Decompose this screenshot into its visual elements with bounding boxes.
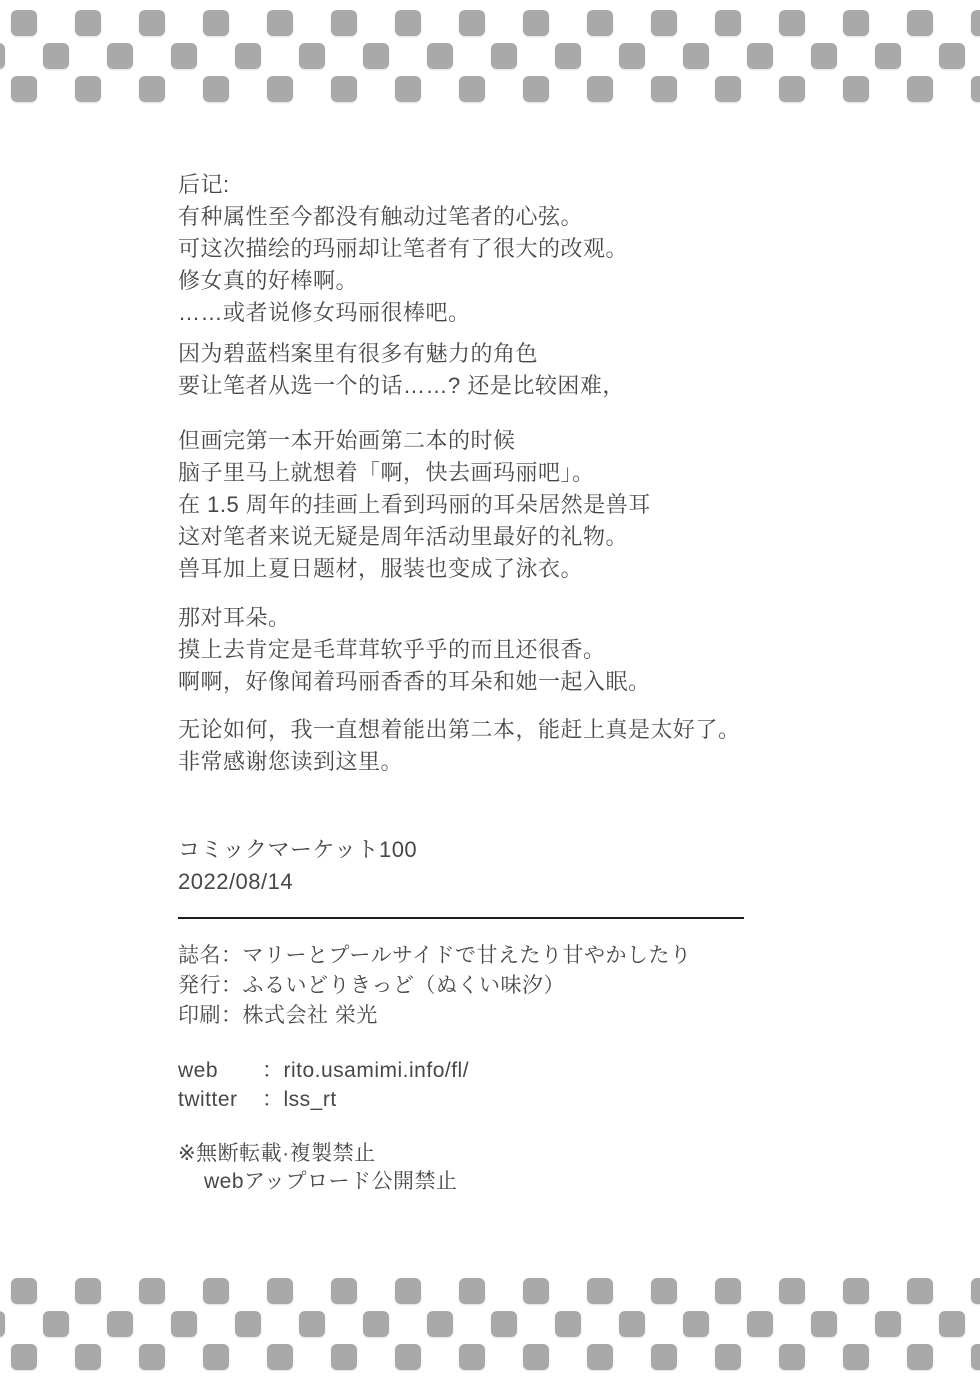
checker-square: [203, 1278, 229, 1304]
checker-square: [43, 1311, 69, 1337]
checker-square: [555, 43, 581, 69]
checker-square: [587, 1344, 613, 1370]
checker-square: [875, 1311, 901, 1337]
checker-square: [491, 43, 517, 69]
checker-square: [459, 1278, 485, 1304]
checker-square: [203, 10, 229, 36]
checker-square: [875, 43, 901, 69]
checker-square: [427, 43, 453, 69]
colophon-label: 印刷: [178, 1004, 221, 1027]
divider-rule: [178, 917, 744, 919]
checker-square: [843, 1344, 869, 1370]
checker-square: [139, 10, 165, 36]
checker-square: [651, 1344, 677, 1370]
web-url: rito.usamimi.info/fl/: [284, 1059, 470, 1082]
checker-square: [811, 43, 837, 69]
checker-square: [715, 1344, 741, 1370]
checker-square: [267, 1344, 293, 1370]
checker-row: [11, 10, 980, 36]
checker-square: [0, 1311, 5, 1337]
checker-square: [747, 43, 773, 69]
checker-square: [171, 43, 197, 69]
colophon-colon: ：: [262, 1088, 284, 1111]
checker-square: [11, 76, 37, 102]
checker-square: [395, 1344, 421, 1370]
colophon-value: マリーとプールサイドで甘えたり甘やかしたり: [243, 944, 692, 967]
checker-square: [587, 1278, 613, 1304]
checker-square: [235, 43, 261, 69]
event-date: 2022/08/14: [178, 866, 417, 898]
checker-square: [715, 10, 741, 36]
checker-square: [267, 1278, 293, 1304]
checker-square: [459, 76, 485, 102]
checker-row: [11, 76, 980, 102]
checker-square: [75, 10, 101, 36]
colophon-row-printer: 印刷：株式会社 栄光: [178, 1001, 691, 1031]
colophon-label: 発行: [178, 974, 221, 997]
checker-square: [619, 43, 645, 69]
afterword-paragraph-5: 无论如何，我一直想着能出第二本，能赶上真是太好了。 非常感谢您读到这里。: [178, 714, 968, 778]
checker-square: [491, 1311, 517, 1337]
checker-square: [363, 43, 389, 69]
checker-square: [907, 1278, 933, 1304]
checker-square: [171, 1311, 197, 1337]
notice-block: ※無断転載·複製禁止 webアップロード公開禁止: [178, 1140, 458, 1196]
checker-square: [907, 10, 933, 36]
checker-square: [235, 1311, 261, 1337]
colophon-colon: ：: [221, 974, 243, 997]
checker-row: [11, 1278, 980, 1304]
checker-square: [907, 1344, 933, 1370]
checker-pattern-top: [0, 10, 980, 105]
checker-square: [299, 43, 325, 69]
web-row: web：rito.usamimi.info/fl/: [178, 1056, 469, 1085]
colophon-colon: ：: [262, 1059, 284, 1082]
checker-square: [843, 76, 869, 102]
checker-square: [587, 10, 613, 36]
web-label: web: [178, 1056, 262, 1085]
colophon-label: 誌名: [178, 944, 221, 967]
checker-square: [715, 76, 741, 102]
checker-square: [651, 10, 677, 36]
checker-square: [267, 10, 293, 36]
checker-square: [459, 1344, 485, 1370]
event-block: コミックマーケット100 2022/08/14: [178, 834, 417, 898]
checker-square: [811, 1311, 837, 1337]
checker-square: [395, 10, 421, 36]
checker-square: [299, 1311, 325, 1337]
checker-square: [683, 43, 709, 69]
checker-square: [523, 10, 549, 36]
colophon-row-publisher: 発行：ふるいどりきっど（ぬくい味汐）: [178, 971, 691, 1001]
checker-pattern-bottom: [0, 1278, 980, 1373]
checker-square: [395, 1278, 421, 1304]
checker-square: [107, 1311, 133, 1337]
checker-square: [747, 1311, 773, 1337]
afterword-paragraph-4: 那对耳朵。 摸上去肯定是毛茸茸软乎乎的而且还很香。 啊啊，好像闻着玛丽香香的耳朵…: [178, 602, 968, 698]
checker-square: [0, 43, 5, 69]
checker-square: [939, 1311, 965, 1337]
checker-square: [779, 1344, 805, 1370]
checker-square: [331, 10, 357, 36]
checker-square: [395, 76, 421, 102]
colophon-row-title: 誌名：マリーとプールサイドで甘えたり甘やかしたり: [178, 941, 691, 971]
checker-square: [971, 1344, 980, 1370]
checker-square: [555, 1311, 581, 1337]
event-name: コミックマーケット100: [178, 834, 417, 866]
checker-square: [331, 1344, 357, 1370]
afterword-paragraph-1: 后记: 有种属性至今都没有触动过笔者的心弦。 可这次描绘的玛丽却让笔者有了很大的…: [178, 169, 968, 329]
checker-row: [0, 43, 980, 69]
checker-square: [11, 1344, 37, 1370]
checker-square: [907, 76, 933, 102]
checker-square: [971, 1278, 980, 1304]
contact-block: web：rito.usamimi.info/fl/ twitter：lss_rt: [178, 1056, 469, 1114]
colophon-value: ふるいどりきっど（ぬくい味汐）: [243, 974, 566, 997]
checker-square: [971, 10, 980, 36]
checker-square: [75, 76, 101, 102]
colophon-value: 株式会社 栄光: [243, 1004, 378, 1027]
checker-square: [715, 1278, 741, 1304]
checker-square: [459, 10, 485, 36]
checker-square: [75, 1344, 101, 1370]
colophon: 誌名：マリーとプールサイドで甘えたり甘やかしたり 発行：ふるいどりきっど（ぬくい…: [178, 941, 691, 1031]
checker-square: [331, 1278, 357, 1304]
notice-line-2: webアップロード公開禁止: [178, 1168, 458, 1196]
checker-square: [331, 76, 357, 102]
checker-square: [779, 10, 805, 36]
checker-row: [11, 1344, 980, 1370]
twitter-handle: lss_rt: [284, 1088, 337, 1111]
twitter-row: twitter：lss_rt: [178, 1085, 469, 1114]
checker-square: [139, 1344, 165, 1370]
colophon-colon: ：: [221, 1004, 243, 1027]
checker-square: [75, 1278, 101, 1304]
checker-square: [427, 1311, 453, 1337]
checker-row: [0, 1311, 980, 1337]
checker-square: [779, 1278, 805, 1304]
checker-square: [683, 1311, 709, 1337]
checker-square: [523, 1344, 549, 1370]
checker-square: [939, 43, 965, 69]
checker-square: [843, 10, 869, 36]
checker-square: [523, 76, 549, 102]
checker-square: [267, 76, 293, 102]
checker-square: [971, 76, 980, 102]
checker-square: [587, 76, 613, 102]
twitter-label: twitter: [178, 1085, 262, 1114]
notice-line-1: ※無断転載·複製禁止: [178, 1140, 458, 1168]
checker-square: [139, 76, 165, 102]
checker-square: [43, 43, 69, 69]
colophon-colon: ：: [221, 944, 243, 967]
checker-square: [651, 1278, 677, 1304]
checker-square: [619, 1311, 645, 1337]
checker-square: [139, 1278, 165, 1304]
checker-square: [203, 1344, 229, 1370]
checker-square: [523, 1278, 549, 1304]
afterword-paragraph-3: 但画完第一本开始画第二本的时候 脑子里马上就想着「啊，快去画玛丽吧」。 在 1.…: [178, 425, 968, 585]
checker-square: [843, 1278, 869, 1304]
afterword-paragraph-2: 因为碧蓝档案里有很多有魅力的角色 要让笔者从选一个的话……? 还是比较困难，: [178, 338, 968, 402]
checker-square: [651, 76, 677, 102]
checker-square: [203, 76, 229, 102]
checker-square: [363, 1311, 389, 1337]
checker-square: [107, 43, 133, 69]
checker-square: [11, 10, 37, 36]
checker-square: [779, 76, 805, 102]
checker-square: [11, 1278, 37, 1304]
